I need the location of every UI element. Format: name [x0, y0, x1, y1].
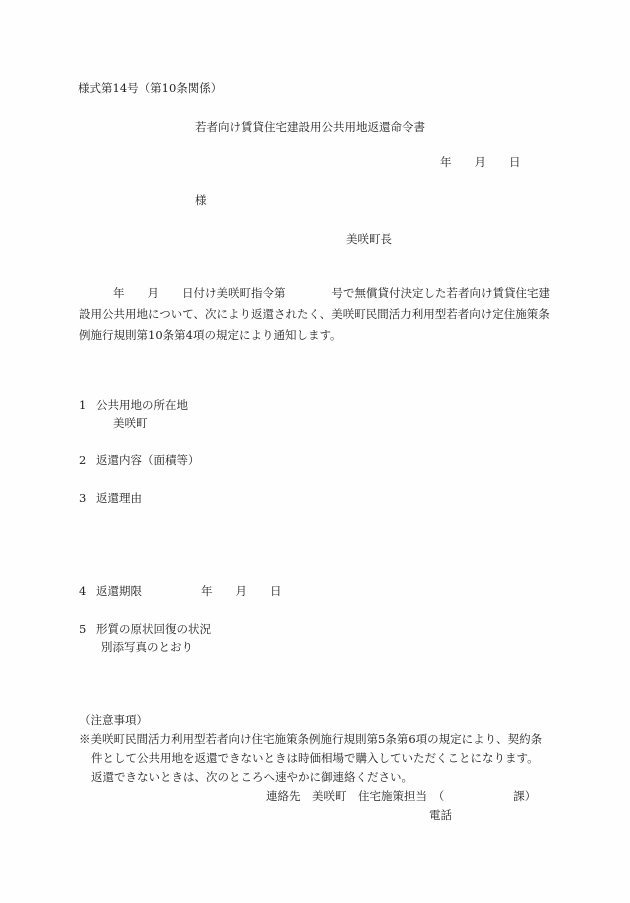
- item-number: 1: [79, 397, 86, 413]
- item-number: 5: [79, 621, 86, 637]
- notes-line-2: 件として公共用地を返還できないときは時価相場で購入していただくことになります。: [91, 750, 539, 766]
- contact-line: 連絡先 美咲町 住宅施策担当 （ 課）: [266, 788, 536, 804]
- item-number: 4: [79, 583, 86, 599]
- item-value: 美咲町: [113, 415, 148, 431]
- body-text: 年 月 日付け美咲町指令第 号で無償貸付決定した若者向け賃貸住宅建設用公共用地に…: [79, 286, 550, 342]
- item-number: 2: [79, 452, 86, 468]
- issue-date: 年 月 日: [440, 154, 521, 170]
- body-paragraph: 年 月 日付け美咲町指令第 号で無償貸付決定した若者向け賃貸住宅建設用公共用地に…: [79, 283, 554, 346]
- item-label: 公共用地の所在地: [96, 397, 188, 413]
- phone-label: 電話: [429, 807, 452, 823]
- notes-heading: （注意事項）: [79, 712, 148, 728]
- item-value: 別添写真のとおり: [101, 639, 193, 655]
- document-title: 若者向け賃貸住宅建設用公共用地返還命令書: [195, 119, 425, 135]
- notes-line-3: 返還できないときは、次のところへ速やかに御連絡ください。: [91, 769, 413, 785]
- item-number: 3: [79, 490, 86, 506]
- addressee-suffix: 様: [195, 192, 207, 208]
- item-label: 返還理由: [96, 490, 142, 506]
- item-value: 年 月 日: [201, 583, 282, 599]
- notes-line-1: ※美咲町民間活力利用型若者向け住宅施策条例施行規則第5条第6項の規定により、契約…: [79, 731, 542, 747]
- item-label: 形質の原状回復の状況: [96, 621, 211, 637]
- item-label: 返還内容（面積等）: [96, 452, 200, 468]
- issuer: 美咲町長: [346, 231, 392, 247]
- form-number: 様式第14号（第10条関係）: [78, 80, 222, 96]
- item-label: 返還期限: [96, 583, 142, 599]
